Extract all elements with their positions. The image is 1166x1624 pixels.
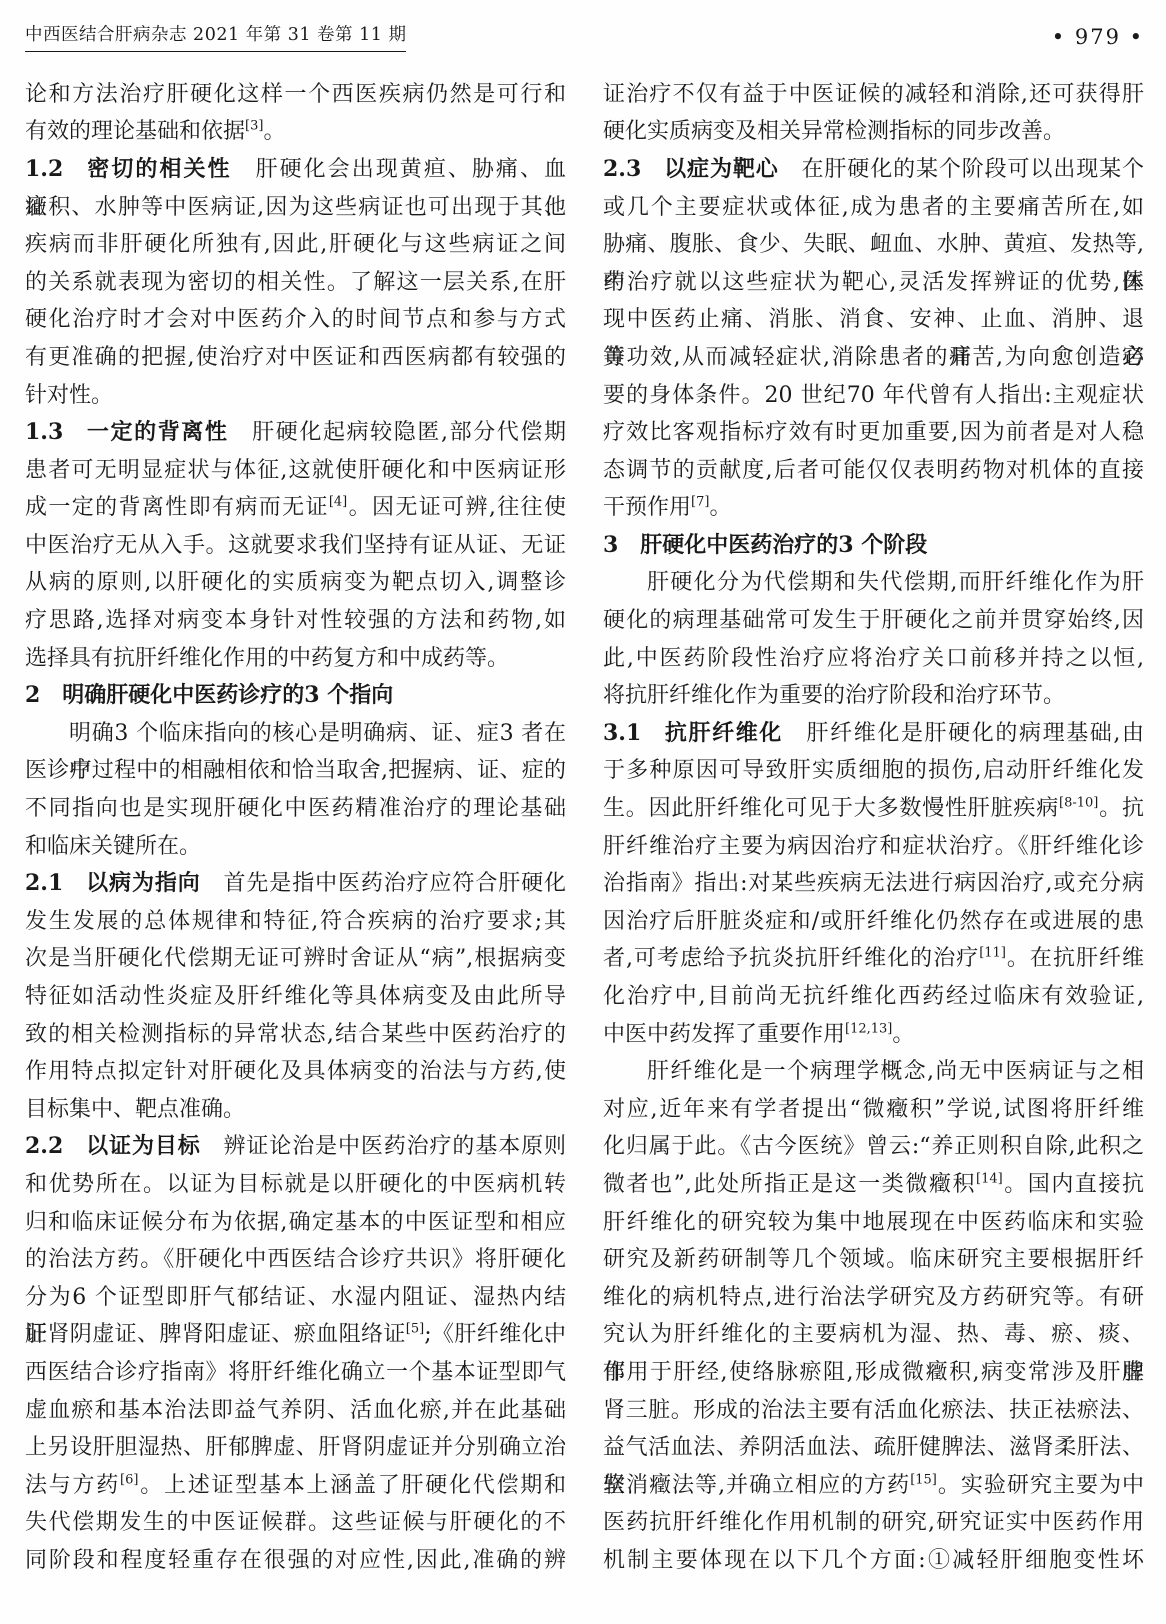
subsection-label: 3.1 抗肝纤维化: [603, 720, 783, 746]
text-line: 硬化实质病变及相关异常检测指标的同步改善。: [603, 113, 1144, 151]
text-line: 疗思路,选择对病变本身针对性较强的方法和药物,如: [25, 602, 566, 640]
text-line: 1.3 一定的背离性 肝硬化起病较隐匿,部分代偿期: [25, 414, 566, 452]
reference-superscript: [8-10]: [1059, 796, 1098, 811]
text-line: 药治疗就以这些症状为靶心,灵活发挥辨证的优势,体: [603, 264, 1144, 302]
text-line: 或几个主要症状或体征,成为患者的主要痛苦所在,如: [603, 189, 1144, 227]
text-line: 肾三脏。形成的治法主要有活血化瘀法、扶正祛瘀法、: [603, 1392, 1144, 1430]
text-line: 益气活血法、养阴活血法、疏肝健脾法、滋肾柔肝法、软: [603, 1429, 1144, 1467]
text-line: 态调节的贡献度,后者可能仅仅表明药物对机体的直接: [603, 452, 1144, 490]
reference-superscript: [15]: [910, 1472, 937, 1487]
text-line: 研究及新药研制等几个领域。临床研究主要根据肝纤: [603, 1241, 1144, 1279]
text-line: 发生发展的总体规律和特征,符合疾病的治疗要求;其: [25, 903, 566, 941]
text-line: 患者可无明显症状与体征,这就使肝硬化和中医病证形: [25, 452, 566, 490]
text-line: 肝纤维化的研究较为集中地展现在中医药临床和实验: [603, 1204, 1144, 1242]
subsection-label: 2.2 以证为目标: [25, 1133, 201, 1159]
text-line: 者,可考虑给予抗炎抗肝纤维化的治疗[11]。在抗肝纤维: [603, 940, 1144, 978]
text-line: 明确3 个临床指向的核心是明确病、证、症3 者在中: [25, 715, 566, 753]
page-header: 中西医结合肝病杂志 2021 年第 31 卷第 11 期 • 979 •: [0, 0, 1166, 52]
text-line: 分为6 个证型即肝气郁结证、水湿内阻证、湿热内结证、: [25, 1279, 566, 1317]
text-line: 究认为肝纤维化的主要病机为湿、热、毒、瘀、痰、郁、虚: [603, 1316, 1144, 1354]
text-line: 因治疗后肝脏炎症和/或肝纤维化仍然存在或进展的患: [603, 903, 1144, 941]
text-line: 作用于肝经,使络脉瘀阻,形成微癥积,病变常涉及肝脾: [603, 1354, 1144, 1392]
text-line: 和临床关键所在。: [25, 828, 566, 866]
text-line: 论和方法治疗肝硬化这样一个西医疾病仍然是可行和: [25, 76, 566, 114]
text-line: 1.2 密切的相关性 肝硬化会出现黄疸、胁痛、血证、: [25, 151, 566, 189]
text-line: 医药抗肝纤维化作用机制的研究,研究证实中医药作用: [603, 1504, 1144, 1542]
right-column: 证治疗不仅有益于中医证候的减轻和消除,还可获得肝硬化实质病变及相关异常检测指标的…: [603, 76, 1144, 1580]
text-line: 作用特点拟定针对肝硬化及具体病变的治法与方药,使: [25, 1053, 566, 1091]
text-line: 的关系就表现为密切的相关性。了解这一层关系,在肝: [25, 264, 566, 302]
text-line: 胁痛、腹胀、食少、失眠、衄血、水肿、黄疸、发热等,中医: [603, 226, 1144, 264]
text-line: 现中医药止痛、消胀、消食、安神、止血、消肿、退黄、开窍: [603, 301, 1144, 339]
text-line: 上另设肝胆湿热、肝郁脾虚、肝肾阴虚证并分别确立治: [25, 1429, 566, 1467]
text-columns: 论和方法治疗肝硬化这样一个西医疾病仍然是可行和有效的理论基础和依据[3]。1.2…: [0, 76, 1166, 1580]
text-line: 有效的理论基础和依据[3]。: [25, 113, 566, 151]
journal-title: 中西医结合肝病杂志 2021 年第 31 卷第 11 期: [25, 24, 406, 52]
text-line: 同阶段和程度轻重存在很强的对应性,因此,准确的辨: [25, 1542, 566, 1580]
text-line: 医诊疗过程中的相融相依和恰当取舍,把握病、证、症的: [25, 752, 566, 790]
text-line: 肝纤维治疗主要为病因治疗和症状治疗。《肝纤维化诊: [603, 828, 1144, 866]
text-line: 肝纤维化是一个病理学概念,尚无中医病证与之相: [603, 1053, 1144, 1091]
subsection-label: 1.3 一定的背离性: [25, 419, 229, 445]
page: 中西医结合肝病杂志 2021 年第 31 卷第 11 期 • 979 • 论和方…: [0, 0, 1166, 1624]
text-line: 虚血瘀和基本治法即益气养阴、活血化瘀,并在此基础: [25, 1392, 566, 1430]
section-heading: 3 肝硬化中医药治疗的3 个阶段: [603, 527, 1144, 565]
text-line: 治指南》指出:对某些疾病无法进行病因治疗,或充分病: [603, 865, 1144, 903]
text-line: 硬化的病理基础常可发生于肝硬化之前并贯穿始终,因: [603, 602, 1144, 640]
reference-superscript: [11]: [979, 946, 1006, 961]
reference-superscript: [14]: [976, 1172, 1003, 1187]
text-line: 西医结合诊疗指南》将肝纤维化确立一个基本证型即气: [25, 1354, 566, 1392]
text-line: 中医治疗无从入手。这就要求我们坚持有证从证、无证: [25, 527, 566, 565]
subsection-label: 2.1 以病为指向: [25, 870, 201, 896]
text-line: 等功效,从而减轻症状,消除患者的痛苦,为向愈创造必: [603, 339, 1144, 377]
text-line: 有更准确的把握,使治疗对中医证和西医病都有较强的: [25, 339, 566, 377]
page-number: • 979 •: [1052, 24, 1144, 49]
text-line: 从病的原则,以肝硬化的实质病变为靶点切入,调整诊: [25, 564, 566, 602]
text-line: 2.1 以病为指向 首先是指中医药治疗应符合肝硬化: [25, 865, 566, 903]
text-line: 选择具有抗肝纤维化作用的中药复方和中成药等。: [25, 640, 566, 678]
left-column: 论和方法治疗肝硬化这样一个西医疾病仍然是可行和有效的理论基础和依据[3]。1.2…: [25, 76, 566, 1580]
text-line: 不同指向也是实现肝硬化中医药精准治疗的理论基础: [25, 790, 566, 828]
text-line: 针对性。: [25, 377, 566, 415]
text-line: 次是当肝硬化代偿期无证可辨时舍证从“病”,根据病变: [25, 940, 566, 978]
text-line: 硬化治疗时才会对中医药介入的时间节点和参与方式: [25, 301, 566, 339]
reference-superscript: [7]: [691, 495, 709, 510]
reference-superscript: [3]: [245, 119, 263, 134]
text-line: 疾病而非肝硬化所独有,因此,肝硬化与这些病证之间: [25, 226, 566, 264]
text-line: 机制主要体现在以下几个方面:①减轻肝细胞变性坏: [603, 1542, 1144, 1580]
text-line: 证治疗不仅有益于中医证候的减轻和消除,还可获得肝: [603, 76, 1144, 114]
text-line: 生。因此肝纤维化可见于大多数慢性肝脏疾病[8-10]。抗: [603, 790, 1144, 828]
text-line: 归和临床证候分布为依据,确定基本的中医证型和相应: [25, 1204, 566, 1242]
text-line: 肝硬化分为代偿期和失代偿期,而肝纤维化作为肝: [603, 564, 1144, 602]
reference-superscript: [4]: [329, 495, 347, 510]
subsection-label: 1.2 密切的相关性: [25, 156, 232, 182]
text-line: 将抗肝纤维化作为重要的治疗阶段和治疗环节。: [603, 677, 1144, 715]
text-line: 肝肾阴虚证、脾肾阳虚证、瘀血阻络证[5];《肝纤维化中: [25, 1316, 566, 1354]
text-line: 干预作用[7]。: [603, 489, 1144, 527]
text-line: 对应,近年来有学者提出“微癥积”学说,试图将肝纤维: [603, 1091, 1144, 1129]
text-line: 此,中医药阶段性治疗应将治疗关口前移并持之以恒,: [603, 640, 1144, 678]
text-line: 微者也”,此处所指正是这一类微癥积[14]。国内直接抗: [603, 1166, 1144, 1204]
section-heading: 2 明确肝硬化中医药诊疗的3 个指向: [25, 677, 566, 715]
text-line: 癥积、水肿等中医病证,因为这些病证也可出现于其他: [25, 189, 566, 227]
text-line: 3.1 抗肝纤维化 肝纤维化是肝硬化的病理基础,由: [603, 715, 1144, 753]
text-line: 2.3 以症为靶心 在肝硬化的某个阶段可以出现某个: [603, 151, 1144, 189]
text-line: 的治法方药。《肝硬化中西医结合诊疗共识》将肝硬化: [25, 1241, 566, 1279]
text-line: 目标集中、靶点准确。: [25, 1091, 566, 1129]
text-line: 和优势所在。以证为目标就是以肝硬化的中医病机转: [25, 1166, 566, 1204]
text-line: 失代偿期发生的中医证候群。这些证候与肝硬化的不: [25, 1504, 566, 1542]
reference-superscript: [12,13]: [845, 1021, 892, 1036]
text-line: 要的身体条件。20 世纪70 年代曾有人指出:主观症状: [603, 377, 1144, 415]
text-line: 维化的病机特点,进行治法学研究及方药研究等。有研: [603, 1279, 1144, 1317]
text-line: 2.2 以证为目标 辨证论治是中医药治疗的基本原则: [25, 1128, 566, 1166]
reference-superscript: [6]: [120, 1472, 138, 1487]
text-line: 化治疗中,目前尚无抗纤维化西药经过临床有效验证,: [603, 978, 1144, 1016]
text-line: 致的相关检测指标的异常状态,结合某些中医药治疗的: [25, 1016, 566, 1054]
text-line: 坚消癥法等,并确立相应的方药[15]。实验研究主要为中: [603, 1467, 1144, 1505]
text-line: 特征如活动性炎症及肝纤维化等具体病变及由此所导: [25, 978, 566, 1016]
subsection-label: 2.3 以症为靶心: [603, 156, 779, 182]
text-line: 化归属于此。《古今医统》曾云:“养正则积自除,此积之: [603, 1128, 1144, 1166]
reference-superscript: [5]: [406, 1322, 424, 1337]
text-line: 法与方药[6]。上述证型基本上涵盖了肝硬化代偿期和: [25, 1467, 566, 1505]
text-line: 成一定的背离性即有病而无证[4]。因无证可辨,往往使: [25, 489, 566, 527]
text-line: 疗效比客观指标疗效有时更加重要,因为前者是对人稳: [603, 414, 1144, 452]
text-line: 于多种原因可导致肝实质细胞的损伤,启动肝纤维化发: [603, 752, 1144, 790]
text-line: 中医中药发挥了重要作用[12,13]。: [603, 1016, 1144, 1054]
